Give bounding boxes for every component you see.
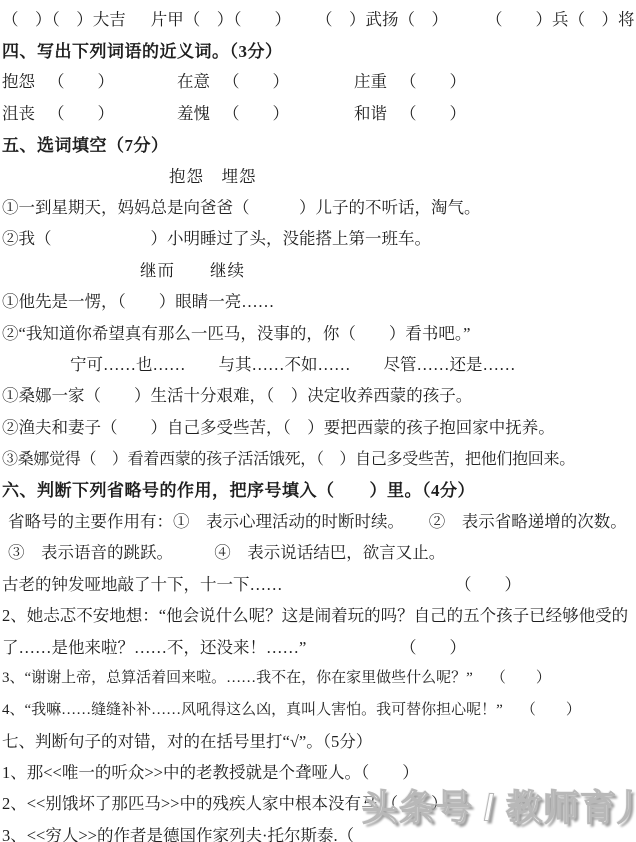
section7-title: 七、判断句子的对错，对的在括号里打“√”。（5分）	[2, 724, 636, 755]
idiom-group-4: （ ）兵（ ）将	[486, 6, 635, 30]
section4-row1: 抱怨 （ ） 在意 （ ） 庄重 （ ）	[2, 65, 636, 96]
fill-item: ②我（ ）小明睡过了头，没能搭上第一班车。	[2, 222, 636, 253]
fill-item: ③桑娜觉得（ ）看着西蒙的孩子活活饿死，（ ）自己多受些苦，把他们抱回来。	[2, 441, 636, 472]
word-choices-group1: 抱怨 埋怨	[2, 159, 636, 190]
ellipsis-question-2-line2: 了……是他来啦？……不，还没来！……” （ ）	[2, 630, 636, 661]
synonym-word: 沮丧	[2, 100, 35, 124]
synonym-word: 在意	[177, 68, 210, 92]
ellipsis-usage-note-2: ③ 表示语音的跳跃。 ④ 表示说话结巴，欲言又止。	[2, 536, 636, 567]
synonym-cell: 在意 （ ）	[177, 68, 354, 92]
idiom-line: （ ）（ ）大吉 片甲（ ）（ ） （ ）武扬（ ） （ ）兵（ ）将	[2, 2, 636, 33]
answer-blank: （ ）	[400, 630, 466, 661]
section4-row2: 沮丧 （ ） 羞愧 （ ） 和谐 （ ）	[2, 96, 636, 127]
section5-title: 五、选词填空（7分）	[2, 128, 636, 159]
idiom-group-2: 片甲（ ）（ ）	[151, 6, 291, 30]
watermark: 头条号 / 教师育儿	[362, 780, 636, 831]
ellipsis-usage-note-1: 省略号的主要作用有：① 表示心理活动的时断时续。 ② 表示省略递增的次数。	[2, 504, 636, 535]
section6-title: 六、判断下列省略号的作用，把序号填入（ ）里。（4分）	[2, 473, 636, 504]
answer-blank: （ ）	[400, 100, 466, 124]
fill-item: ①他先是一愣，（ ）眼睛一亮……	[2, 285, 636, 316]
ellipsis-question-1: 古老的钟发哑地敲了十下，十一下…… （ ）	[2, 567, 636, 598]
synonym-cell: 庄重 （ ）	[354, 68, 636, 92]
ellipsis-question-4: 4、“我嘛……缝缝补补……风吼得这么凶，真叫人害怕。我可替你担心呢！” （ ）	[2, 693, 636, 724]
question-text: 4、“我嘛……缝缝补补……风吼得这么凶，真叫人害怕。我可替你担心呢！”	[2, 698, 503, 719]
fill-item: ①桑娜一家（ ）生活十分艰难，（ ）决定收养西蒙的孩子。	[2, 379, 636, 410]
answer-blank: （ ）	[400, 68, 466, 92]
synonym-cell: 抱怨 （ ）	[2, 68, 177, 92]
synonym-cell: 沮丧 （ ）	[2, 100, 177, 124]
synonym-word: 抱怨	[2, 68, 35, 92]
synonym-cell: 羞愧 （ ）	[177, 100, 354, 124]
word-choices-group2: 继而 继续	[2, 253, 636, 284]
synonym-word: 羞愧	[177, 100, 210, 124]
question-text: 了……是他来啦？……不，还没来！……”	[2, 634, 306, 658]
fill-item: ②“我知道你希望真有那么一匹马，没事的，你（ ）看书吧。”	[2, 316, 636, 347]
idiom-group-1: （ ）（ ）大吉	[2, 6, 126, 30]
answer-blank: （ ）	[223, 100, 289, 124]
word-choices-group3: 宁可……也…… 与其……不如…… 尽管……还是……	[2, 347, 636, 378]
answer-blank: （ ）	[223, 68, 289, 92]
fill-item: ②渔夫和妻子（ ）自己多受些苦，（ ）要把西蒙的孩子抱回家中抚养。	[2, 410, 636, 441]
ellipsis-question-3: 3、“谢谢上帝，总算活着回来啦。……我不在，你在家里做些什么呢？” （ ）	[2, 661, 636, 692]
answer-blank: （ ）	[48, 100, 114, 124]
section4-title: 四、写出下列词语的近义词。（3分）	[2, 33, 636, 64]
synonym-word: 庄重	[354, 68, 387, 92]
answer-blank: （ ）	[491, 666, 551, 687]
question-text: 古老的钟发哑地敲了十下，十一下……	[2, 571, 283, 595]
question-text: 3、“谢谢上帝，总算活着回来啦。……我不在，你在家里做些什么呢？”	[2, 666, 473, 687]
synonym-cell: 和谐 （ ）	[354, 100, 636, 124]
exam-page: （ ）（ ）大吉 片甲（ ）（ ） （ ）武扬（ ） （ ）兵（ ）将 四、写出…	[0, 0, 636, 842]
answer-blank: （ ）	[48, 68, 114, 92]
fill-item: ①一到星期天，妈妈总是向爸爸（ ）儿子的不听话，淘气。	[2, 190, 636, 221]
idiom-group-3: （ ）武扬（ ）	[316, 6, 448, 30]
synonym-word: 和谐	[354, 100, 387, 124]
answer-blank: （ ）	[455, 567, 521, 598]
answer-blank: （ ）	[521, 698, 581, 719]
ellipsis-question-2-line1: 2、她忐忑不安地想：“他会说什么呢？这是闹着玩的吗？自己的五个孩子已经够他受的	[2, 598, 636, 629]
